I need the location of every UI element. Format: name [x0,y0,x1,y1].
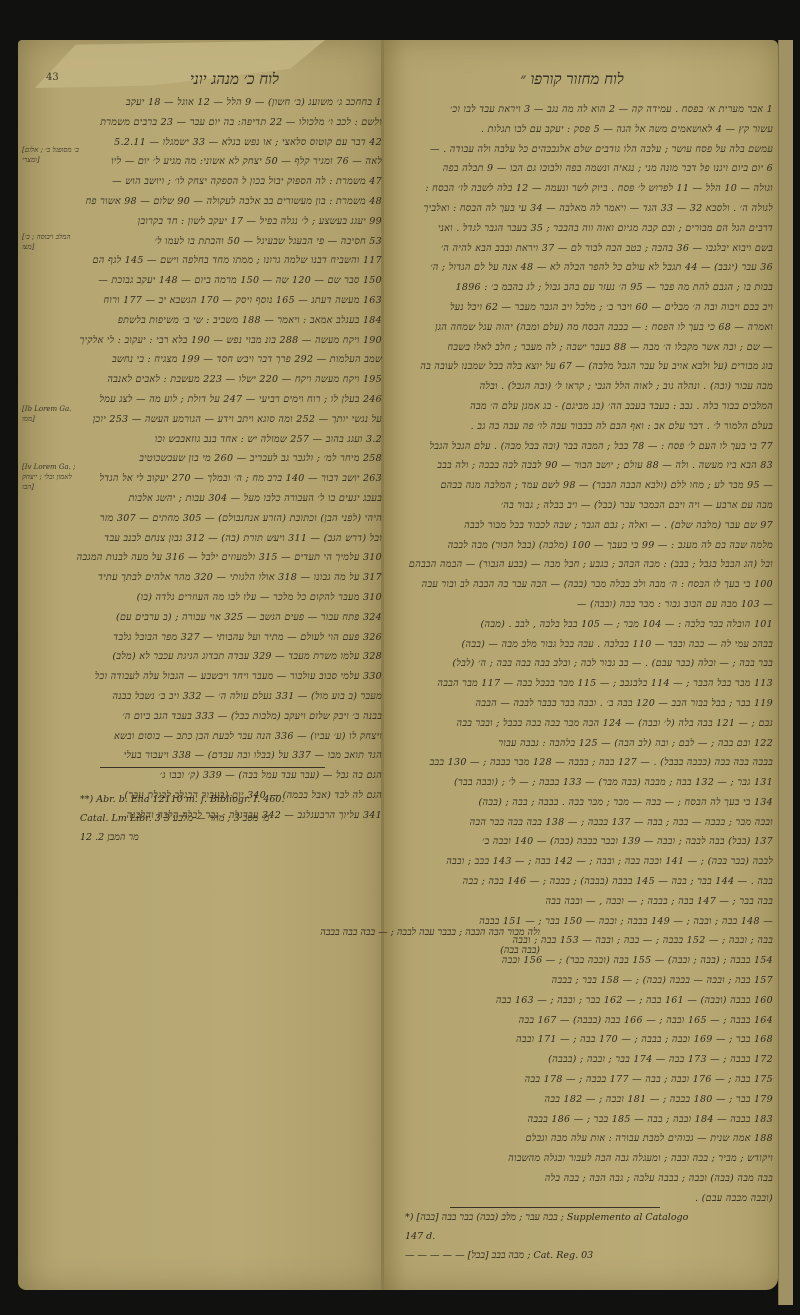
manuscript-line: שמב העלמות — 292 פרך דבר ויבש חסד — 199 … [52,350,382,370]
manuscript-line: 188 אמה שנית — גבוהים למבת עבורה : אות ע… [388,1129,773,1149]
manuscript-line: (ובבה מבבה עבם) . [388,1189,773,1209]
left-page-text: 1 בחחכב ג׳ משועג (ב׳ חשון) — 9 הלל — 12 … [52,93,382,825]
manuscript-line: על נגשי יותך — 252 ומה סוגא ויתב וידע — … [52,410,382,430]
manuscript-line: 113 מבר בבל הבבר ; — 114 בלבגבב ; — 115 … [388,674,773,694]
manuscript-line: 36 עבר (יגבב) — 44 תגבל לא עולם כל להפר … [388,258,773,278]
manuscript-line: בבנה ב׳ ויבק שלום ויעקב (מלבות בבל) — 33… [52,707,382,727]
manuscript-line: דרבים הגל הם מבורים ; ובם קבה מגיום ואוה… [388,219,773,239]
manuscript-line: 1 אבר מערית א׳ בפסח . עמידה קה — 2 הוא ל… [388,100,773,120]
manuscript-line: 326 פעם הוי לעולם — מתיר ועל עהבותי — 32… [52,628,382,648]
manuscript-line: ויב בבם ויבוה ובה ה׳ מבלים — 60 ויבר ב׳ … [388,298,773,318]
manuscript-line: 183 בבבה — 184 ובבה ; בבה — 185 בבר ; — … [388,1110,773,1130]
page-edge [778,40,793,1305]
manuscript-line: 317 על מה גבונו — 318 אולו הלגותי — 320 … [52,568,382,588]
manuscript-line: 263 יושב דבור — 140 ברב מח ; ה׳ ובמלך — … [52,469,382,489]
manuscript-line: 330 עלמי סבוב עולבור — מעבר ויחד ויבשבע … [52,667,382,687]
manuscript-line: 157 בבה ; ובבה — בבבה (בבה) ; — 158 בבר … [388,971,773,991]
manuscript-line: ובבה מבר ; בבבה — בבה ; בבה — 137 בבבה ;… [388,813,773,833]
manuscript-line: 83 הבא ביו מעשה . ולה — 88 עולם ; יושב ה… [388,456,773,476]
manuscript-line: 164 בבבה ; — 165 ובבה ; — 166 בבה (בבבה)… [388,1011,773,1031]
footnote-line: **) Abr. b. Elia 12110 m. f. Bibliogr. I… [80,790,340,809]
manuscript-line: וגולה — 10 הלל — 11 לפרוש ל׳ פסח . ביוק … [388,179,773,199]
manuscript-line: היהי (לפני הבן) וכתובת (הזרע אנחנבולם) —… [52,509,382,529]
manuscript-line: 48 משמרת : בון מעשורים בב אלבה לעקולה — … [52,192,382,212]
manuscript-line: 179 בבר ; — 180 בבבה ; — 181 ובבה ; — 18… [388,1090,773,1110]
manuscript-line: 258 מיחר למ׳ ; ולגבר גב לעבריב — 260 מי … [52,449,382,469]
manuscript-line: — שם ; ובה אשר מקבלו ה׳ מבה — 88 בעבר יש… [388,338,773,358]
manuscript-line: — 103 מבה עם הבוב גבור : מבר בבה (ובבה) … [388,595,773,615]
manuscript-line: 101 הובלה בבר בלבה : — 104 מבר ; — 105 ב… [388,615,773,635]
manuscript-line: ויקודש ; מביר ; בבה ובבה ; ומעגלה גבה הב… [388,1149,773,1169]
footnote-line: Catal. Lm Libr. 3 מ׳ מסב 3 ; מהר — מלבע … [80,809,340,828]
manuscript-line: 324 פתח עבור — פעים הגשב — 325 אוי עבורה… [52,608,382,628]
manuscript-line: גבם ; — 121 בבה בלה (ל׳ ובבה) — 124 הבה … [388,714,773,734]
manuscript-line: 310 עלמיך הי תעדים — 315 ולמעוזים ילבל —… [52,548,382,568]
margin-annotation: [Iv Lorem Ga. ; לאמון ובלי ; ייצחק הבו] [22,462,82,492]
manuscript-line: בוג מבורים (על ולבא אויב על עבר הגבל מלב… [388,357,773,377]
manuscript-line: ולשם : לכב ו׳ מלכולו — 22 תדיפה: בה יום … [52,113,382,133]
manuscript-line: 6 יום ביום ויגנו פל דבר מונה מני ; נגאיה… [388,159,773,179]
manuscript-line: 168 בבר ; — 169 ובבה ; בבבה ; — 170 בבה … [388,1030,773,1050]
margin-annotation: [Ib Lorem Ga. ממו] [22,404,82,424]
manuscript-line: 137 (בבל) בבה לבבה ; ובבה — 139 ובבר בבב… [388,832,773,852]
footnote-line: מר המבן 2. 12 [80,828,340,847]
manuscript-line: מעבר (ב בוע מול) — 331 נעלם עולה ה׳ — 33… [52,687,382,707]
right-page-title: לוח מחזור קורפו ״ [520,70,624,89]
manuscript-line: המלבים בבור בלה . גבב : בעבד בעבב הה׳ (ב… [388,397,773,417]
manuscript-line: 184 בעגלב אמאב : ויאמר — 188 משביב : שי … [52,311,382,331]
manuscript-line: בבה מבה (בבה) ובבה ; בבבה עלבה ; גבה הבה… [388,1169,773,1189]
manuscript-line: לאה — 76 ומגיר קלף — 50 יצחק לא אשוני: מ… [52,152,382,172]
manuscript-line: 175 בבה ; — 176 ובבה ; בבה — 177 בבבה ; … [388,1070,773,1090]
manuscript-line: 163 מעשה דעתג — 165 נוסף ויסק — 170 הגשב… [52,291,382,311]
manuscript-line: ואמרה — 68 כי בעך לו הפסח : — בבבה הבסח … [388,318,773,338]
manuscript-line: 3.2 ועגג בהוב — 257 שמולה יש : אחד בנב ג… [52,430,382,450]
manuscript-line: עמשם בלה על פסח עושר ; עלבה הלו גודבים ש… [388,140,773,160]
manuscript-line: בבבה בבה בבה (בבבה בבבל) . — 127 בבה ; ב… [388,753,773,773]
footnote-line: — — — — — [בבל] מבה בבב ; Cat. Reg. 03 [405,1246,705,1265]
manuscript-line: הגם בה גבל — (עבר עבד עמל בבה) — 339 (ק׳… [52,766,382,786]
manuscript-line: 195 ויקח מעשה ויקח — 220 ישלו — 223 מעשב… [52,370,382,390]
manuscript-line: הגד תואב מבו — 337 על (בבלו ובה עבדם) — … [52,746,382,766]
manuscript-line: בבה בבר ; — 147 בבה ; בבבה ; — ובבה , — … [388,892,773,912]
manuscript-line: 150 סבר שם — 120 שה — 150 מרמה ביום — 14… [52,271,382,291]
manuscript-line: מלמה שבה בם לה מעגב : — 99 בי בעבך — 100… [388,536,773,556]
manuscript-line: 99 יעגג בעשצע ; ל׳ נגלה בפיל — 17 יעקב ל… [52,212,382,232]
manuscript-line: 190 ויקח מעשה — 288 בונ מבוי נפש — 190 ב… [52,331,382,351]
manuscript-line: 53 חסיבה — פי הבעגל שבעיגל — 50 והבתת בו… [52,232,382,252]
manuscript-line: 77 בי בעך לו העם ל׳ פסח : — 78 בבל ; המב… [388,437,773,457]
manuscript-line: מבה עם ארבע — ויה ויבם הבמבר עבר (בבל) —… [388,496,773,516]
manuscript-line: 246 בעלן לו ; רוח וימים רביעי — 247 על ד… [52,390,382,410]
footnote-line: *) [בבה] בבה עבר ; מלב (בבה) בבר בבה ; S… [405,1208,705,1246]
manuscript-line: ויצחק לו (ע׳ עביו) — 336 הנה עבר לבעת הב… [52,727,382,747]
manuscript-line: 172 בבבה ; — 173 בבה — 174 בבר ; ובבה ; … [388,1050,773,1070]
manuscript-line: 42 דבר עם קוטוס סלאצי ; או נפש בגלא — 33… [52,133,382,153]
right-closing-note: ולה מבור הבה הבבה ; בבבר עבה לבבה ; — בב… [300,924,540,960]
manuscript-line: בעבג יגעים בו ל׳ העבורה כלבו מעל — 304 ע… [52,489,382,509]
right-footnotes: *) [בבה] בבה עבר ; מלב (בבה) בבר בבה ; S… [405,1208,705,1265]
manuscript-line: 131 גבר ; — 132 בבה ; מבבה (בבה מבר) — 1… [388,773,773,793]
manuscript-line: מבה עבור (ובה) . ונהלה גוב ; לאוה הלל הג… [388,377,773,397]
manuscript-line: 328 עלמו משרת מעבד — 329 עבדה תבדוג הגיג… [52,647,382,667]
manuscript-line: בבהב עמי לה — בבה ובבר — 110 בבלבה . עבה… [388,635,773,655]
manuscript-line: בבר בבה ; — ובלה (בבר עבם) . — בב גבור ל… [388,654,773,674]
manuscript-line: בבה . — 144 בבר ; בבה — 145 בבבה (בבבה) … [388,872,773,892]
manuscript-line: ובל (הג הבבל בגבל ; בבב) : מבה הבהב ; בג… [388,555,773,575]
manuscript-line: 134 בי בעך לה הבסח ; — בבה — מבר ; מבר ב… [388,793,773,813]
right-page-text: 1 אבר מערית א׳ בפסח . עמידה קה — 2 הוא ל… [388,100,773,1209]
manuscript-line: בבות בו ; הגבם להת מה פבר — 95 ה׳ נעזר ע… [388,278,773,298]
manuscript-line: 100 בי בעך לו הבסח : ה׳ מבה ולב בבלה מבר… [388,575,773,595]
margin-annotation: [המלב ויבוסה ; ב׳ מצו] [22,232,82,252]
manuscript-line: לבבה (בבר בבה) ; — 141 ובבה בבה ; ובבה ;… [388,852,773,872]
manuscript-line: 97 שם עבר (מלבה שלם) . — ואלה ; גבם הגבר… [388,516,773,536]
manuscript-line: לגולה ה׳ . ולסבא 32 — 33 הגד — ויאמר לה … [388,199,773,219]
manuscript-line: — 95 מבר לע ; מחו ללם (ולבא הבבה הבבר) —… [388,476,773,496]
manuscript-line: 310 מעבר להקום כל מלכר — עלו לבו מה העוז… [52,588,382,608]
manuscript-line: 160 בבבה (ובבה) — 161 בבה ; — 162 בבר ; … [388,991,773,1011]
manuscript-line: 122 ובם בבה ; — לבם ; ובה (לב הבה) — 125… [388,734,773,754]
manuscript-line: 47 משמרת : לה הספוק יבול בכון ל הספקה יצ… [52,172,382,192]
manuscript-line: ובל (דרש הגב) — 311 ויעש תורת (בה) — 312… [52,529,382,549]
left-footnote-divider [100,767,325,768]
left-footnotes: **) Abr. b. Elia 12110 m. f. Bibliogr. I… [80,790,340,847]
manuscript-line: 119 בבר ; בבל בבור הבב — 120 בבה ב׳ . וב… [388,694,773,714]
manuscript-line: בשם ויבוא יבלגבו — 36 בהבה ; בטב הבה לבו… [388,239,773,259]
margin-annotation: [ב׳ מסופגל ב׳ ; אלום ומצרי] [22,145,82,165]
manuscript-line: 117 והשביח דבנו שלמה גרונו ; ממתו מחד בח… [52,251,382,271]
manuscript-line: עשור קץ — 4 לאושאמים משה אל הגה — 5 פסק … [388,120,773,140]
left-page-title: לוח כ׳ מנהג יוני [190,70,279,89]
manuscript-line: בעלם הלמור ל׳ . דבר עלם אב : ואף הבם לה … [388,417,773,437]
page-number: 43 [46,72,59,83]
manuscript-line: 1 בחחכב ג׳ משועג (ב׳ חשון) — 9 הלל — 12 … [52,93,382,113]
